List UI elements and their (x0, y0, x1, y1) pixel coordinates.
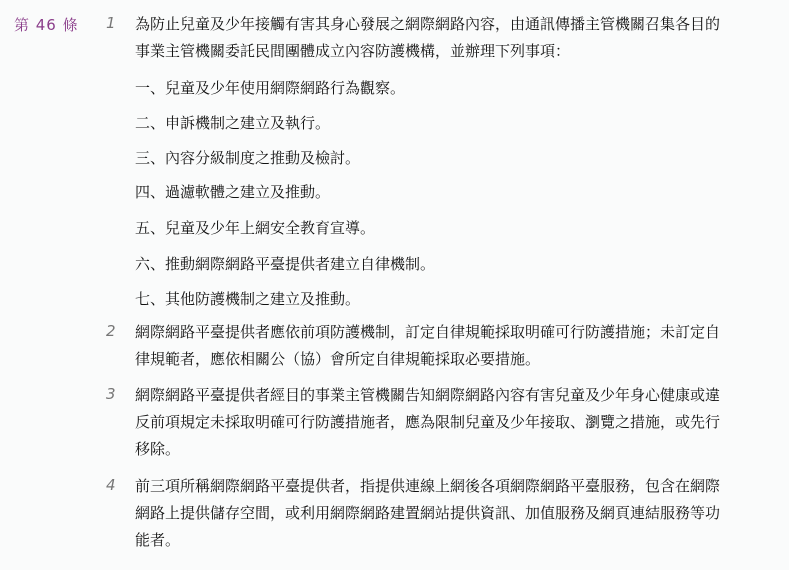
article-number: 第 46 條 (14, 14, 79, 35)
paragraph-line: 能者。 (135, 528, 765, 552)
paragraph-line: 前三項所稱網際網路平臺提供者，指提供連線上網後各項網際網路平臺服務，包含在網際 (135, 474, 765, 498)
paragraph-line: 律規範者，應依相關公（協）會所定自律規範採取必要措施。 (135, 347, 765, 371)
paragraph-line: 事業主管機關委託民間團體成立內容防護機構，並辦理下列事項： (135, 39, 765, 63)
list-item-5: 五、兒童及少年上網安全教育宣導。 (135, 216, 375, 240)
paragraph-line: 反前項規定未採取明確可行防護措施者，應為限制兒童及少年接取、瀏覽之措施，或先行 (135, 410, 765, 434)
paragraph-number: 1 (106, 14, 116, 32)
list-item-7: 七、其他防護機制之建立及推動。 (135, 287, 360, 311)
list-item-6: 六、推動網際網路平臺提供者建立自律機制。 (135, 252, 435, 276)
list-item-3: 三、內容分級制度之推動及檢討。 (135, 146, 360, 170)
paragraph-number: 4 (106, 476, 116, 494)
paragraph-line: 移除。 (135, 437, 765, 461)
list-item-4: 四、過濾軟體之建立及推動。 (135, 180, 330, 204)
paragraph-line: 網路上提供儲存空間，或利用網際網路建置網站提供資訊、加值服務及網頁連結服務等功 (135, 501, 765, 525)
paragraph-number: 3 (106, 385, 116, 403)
list-item-2: 二、申訴機制之建立及執行。 (135, 111, 330, 135)
paragraph-line: 網際網路平臺提供者應依前項防護機制，訂定自律規範採取明確可行防護措施；未訂定自 (135, 320, 765, 344)
paragraph-line: 網際網路平臺提供者經目的事業主管機關告知網際網路內容有害兒童及少年身心健康或違 (135, 383, 765, 407)
paragraph-number: 2 (106, 322, 116, 340)
list-item-1: 一、兒童及少年使用網際網路行為觀察。 (135, 76, 405, 100)
paragraph-line: 為防止兒童及少年接觸有害其身心發展之網際網路內容，由通訊傳播主管機關召集各目的 (135, 12, 765, 36)
